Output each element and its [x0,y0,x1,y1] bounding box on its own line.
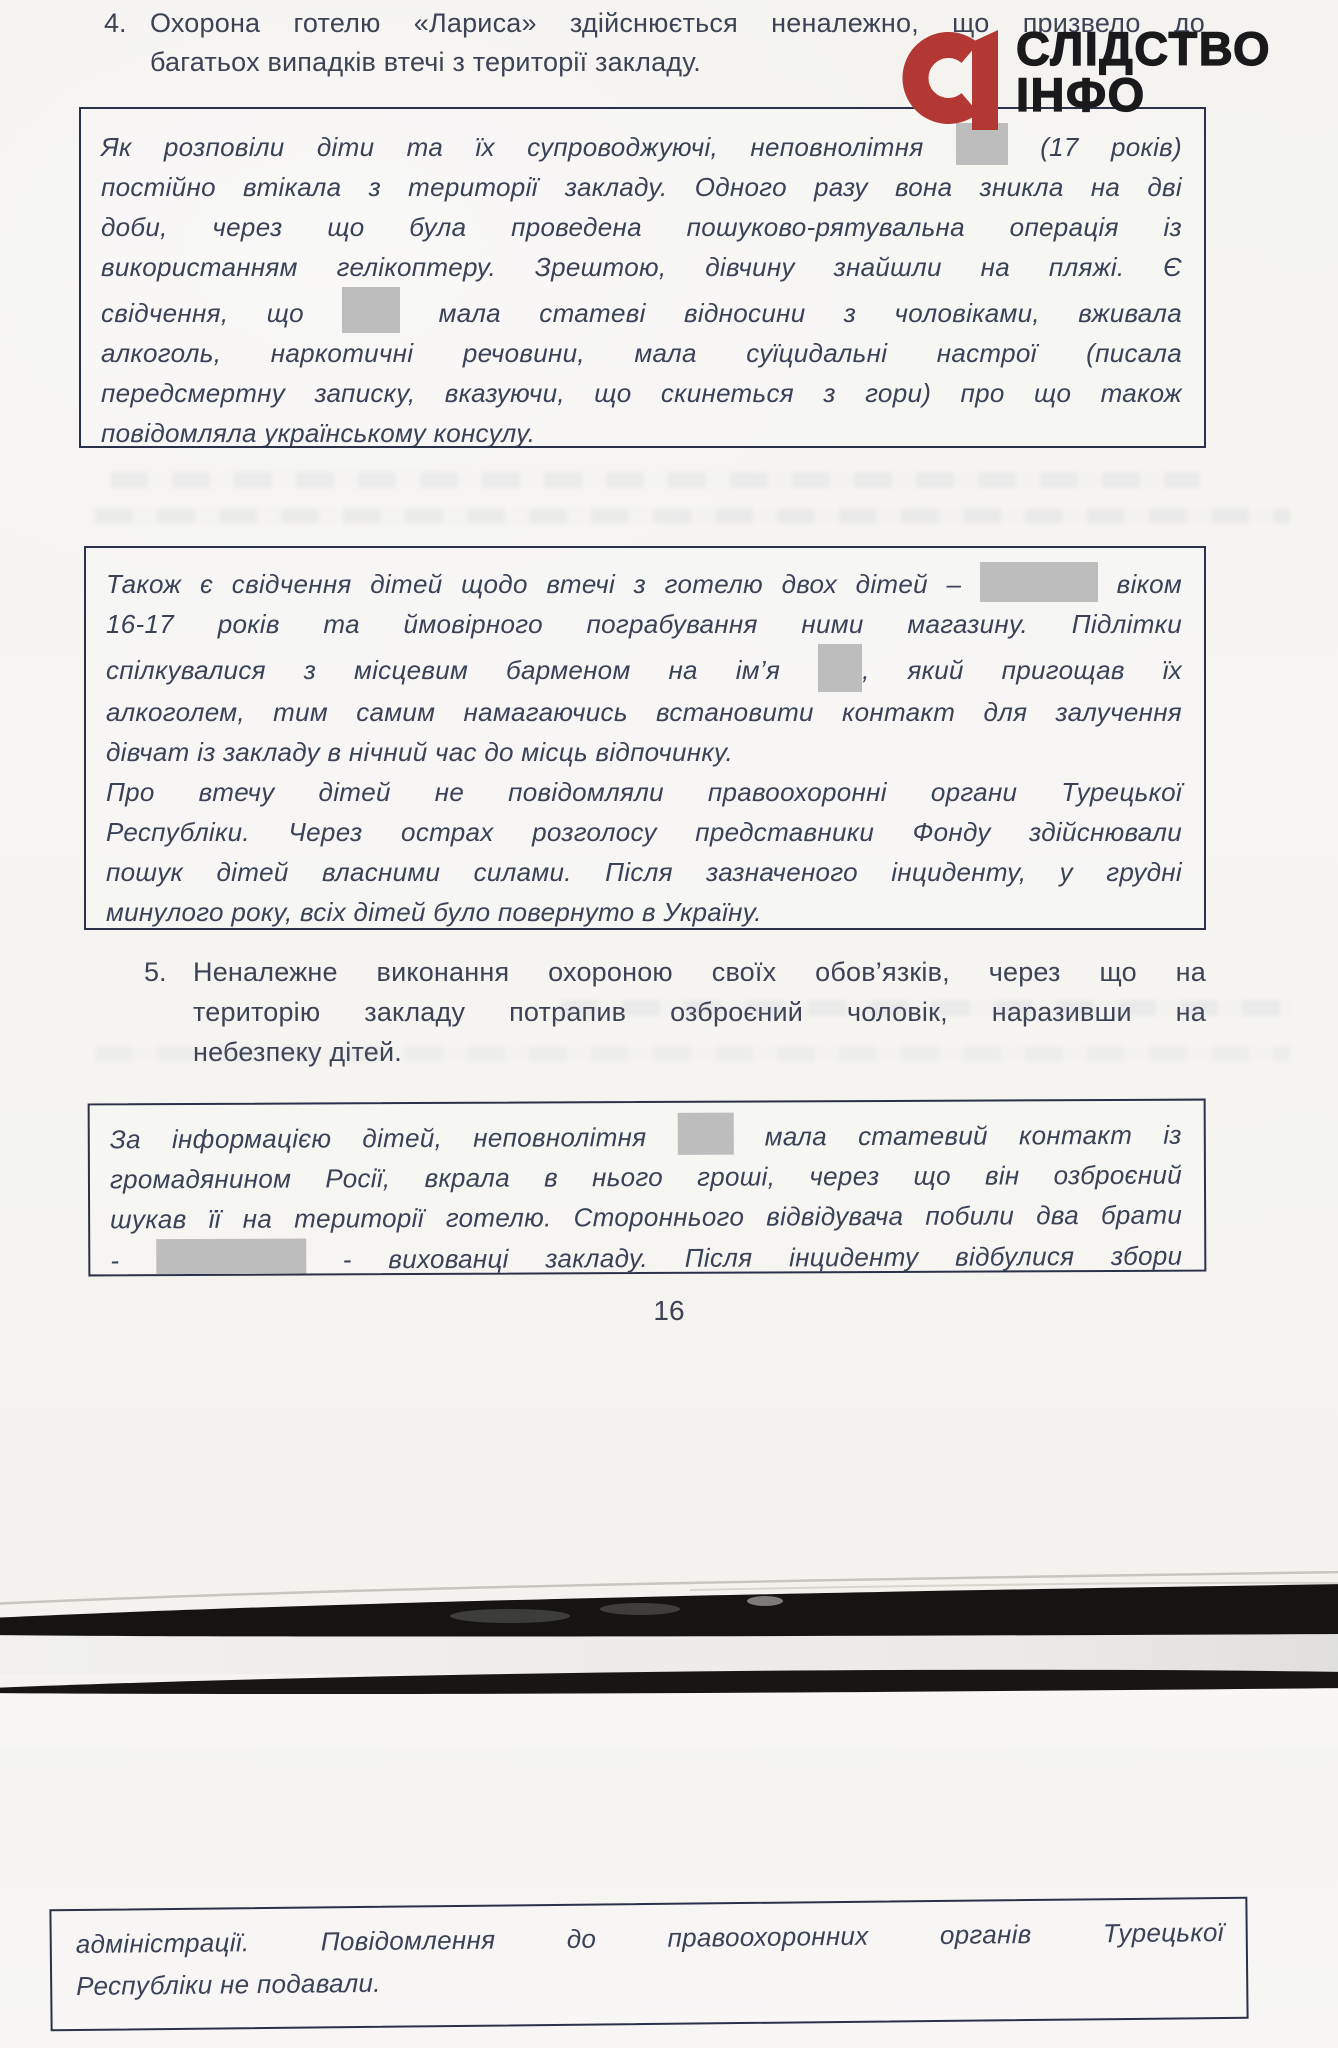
bleedthrough-artifact [110,472,1200,488]
text-line: 16-17 років та ймовірного пограбування н… [106,604,1182,644]
logo-title-line1: СЛІДСТВО [1016,26,1271,72]
scanned-document-page: 4. Охорона готелю «Лариса» здійснюється … [0,0,1338,2048]
text-line: використанням гелікоптеру. Зрештою, дівч… [101,247,1182,287]
page-number: 16 [0,1295,1338,1327]
bleedthrough-artifact [95,1046,1290,1062]
logo-i-glyph [972,30,998,130]
text-segment: мала статевий контакт із [765,1120,1182,1152]
testimony-box-4: адміністрації. Повідомлення до правоохор… [49,1897,1248,2032]
logo-title-line2: ІНФО [1016,72,1271,118]
text-segment: віком [1117,569,1182,599]
text-segment: свідчення, що [101,298,304,328]
band-highlight [450,1609,570,1623]
text-line: Республіки. Через острах розголосу предс… [106,812,1182,852]
slidstvo-info-logo: СЛІДСТВО ІНФО [898,26,1271,130]
redaction-block [156,1238,306,1276]
text-segment: - вихованці закладу. Після інциденту від… [343,1241,1183,1275]
text-line: доби, через що була проведена пошуково-р… [101,207,1182,247]
scan-lower-paper [0,1688,1338,1748]
bleedthrough-artifact [95,508,1290,524]
redaction-block [677,1113,733,1155]
testimony-box-1: Як розповіли діти та їх супроводжуючі, н… [79,107,1206,448]
text-line: громадянином Росії, вкрала в нього гроші… [110,1155,1182,1200]
redaction-block [342,287,400,333]
text-segment: спілкувалися з місцевим барменом на ім’я [106,655,780,685]
text-segment: - [110,1245,119,1275]
text-line-redacted: - - вихованці закладу. Після інциденту в… [110,1235,1182,1277]
text-line: Про втечу дітей не повідомляли правоохор… [106,772,1182,812]
text-line-redacted: спілкувалися з місцевим барменом на ім’я… [106,644,1182,692]
text-line: шукав її на території готелю. Сторонньог… [110,1195,1182,1240]
text-segment: Як розповіли діти та їх супроводжуючі, н… [101,132,924,162]
text-line-redacted: За інформацією дітей, неповнолітня мала … [110,1111,1182,1160]
text-line: передсмертну записку, вказуючи, що скине… [101,373,1182,413]
band-highlight [747,1596,783,1606]
text-segment: мала статеві відносини з чоловіками, вжи… [439,298,1182,328]
text-line: минулого року, всіх дітей було повернуто… [106,892,1182,930]
text-line: алкоголем, тим самим намагаючись встанов… [106,692,1182,732]
text-line: пошук дітей власними силами. Після зазна… [106,852,1182,892]
scan-page-edge-artifact [0,1538,1338,1748]
text-line: дівчат із закладу в нічний час до місць … [106,732,1182,772]
testimony-box-3: За інформацією дітей, неповнолітня мала … [88,1099,1207,1277]
text-segment: (17 років) [1040,132,1182,162]
text-segment: , який пригощав їх [862,655,1182,685]
text-line: алкоголь, наркотичні речовини, мала суїц… [101,333,1182,373]
scan-gap-strip [0,1630,1338,1674]
text-segment: Також є свідчення дітей щодо втечі з гот… [106,569,961,599]
text-line: Неналежне виконання охороною своїх обов’… [193,952,1206,992]
text-line: постійно втікала з території закладу. Од… [101,167,1182,207]
text-segment: За інформацією дітей, неповнолітня [110,1122,647,1154]
list-item-5-number: 5. [144,952,167,992]
redaction-block [980,562,1098,602]
testimony-box-2: Також є свідчення дітей щодо втечі з гот… [84,546,1206,930]
logo-c-glyph [915,45,970,111]
slidstvo-info-logo-icon [898,26,1002,130]
bleedthrough-artifact [560,1000,1290,1016]
text-line-redacted: свідчення, що мала статеві відносини з ч… [101,287,1182,333]
band-highlight [600,1603,680,1615]
text-line-redacted: Також є свідчення дітей щодо втечі з гот… [106,562,1182,604]
logo-wordmark: СЛІДСТВО ІНФО [1016,26,1271,118]
redaction-block [818,644,862,692]
list-item-4-number: 4. [104,4,127,43]
text-line: повідомляла українському консулу. [101,413,1182,448]
